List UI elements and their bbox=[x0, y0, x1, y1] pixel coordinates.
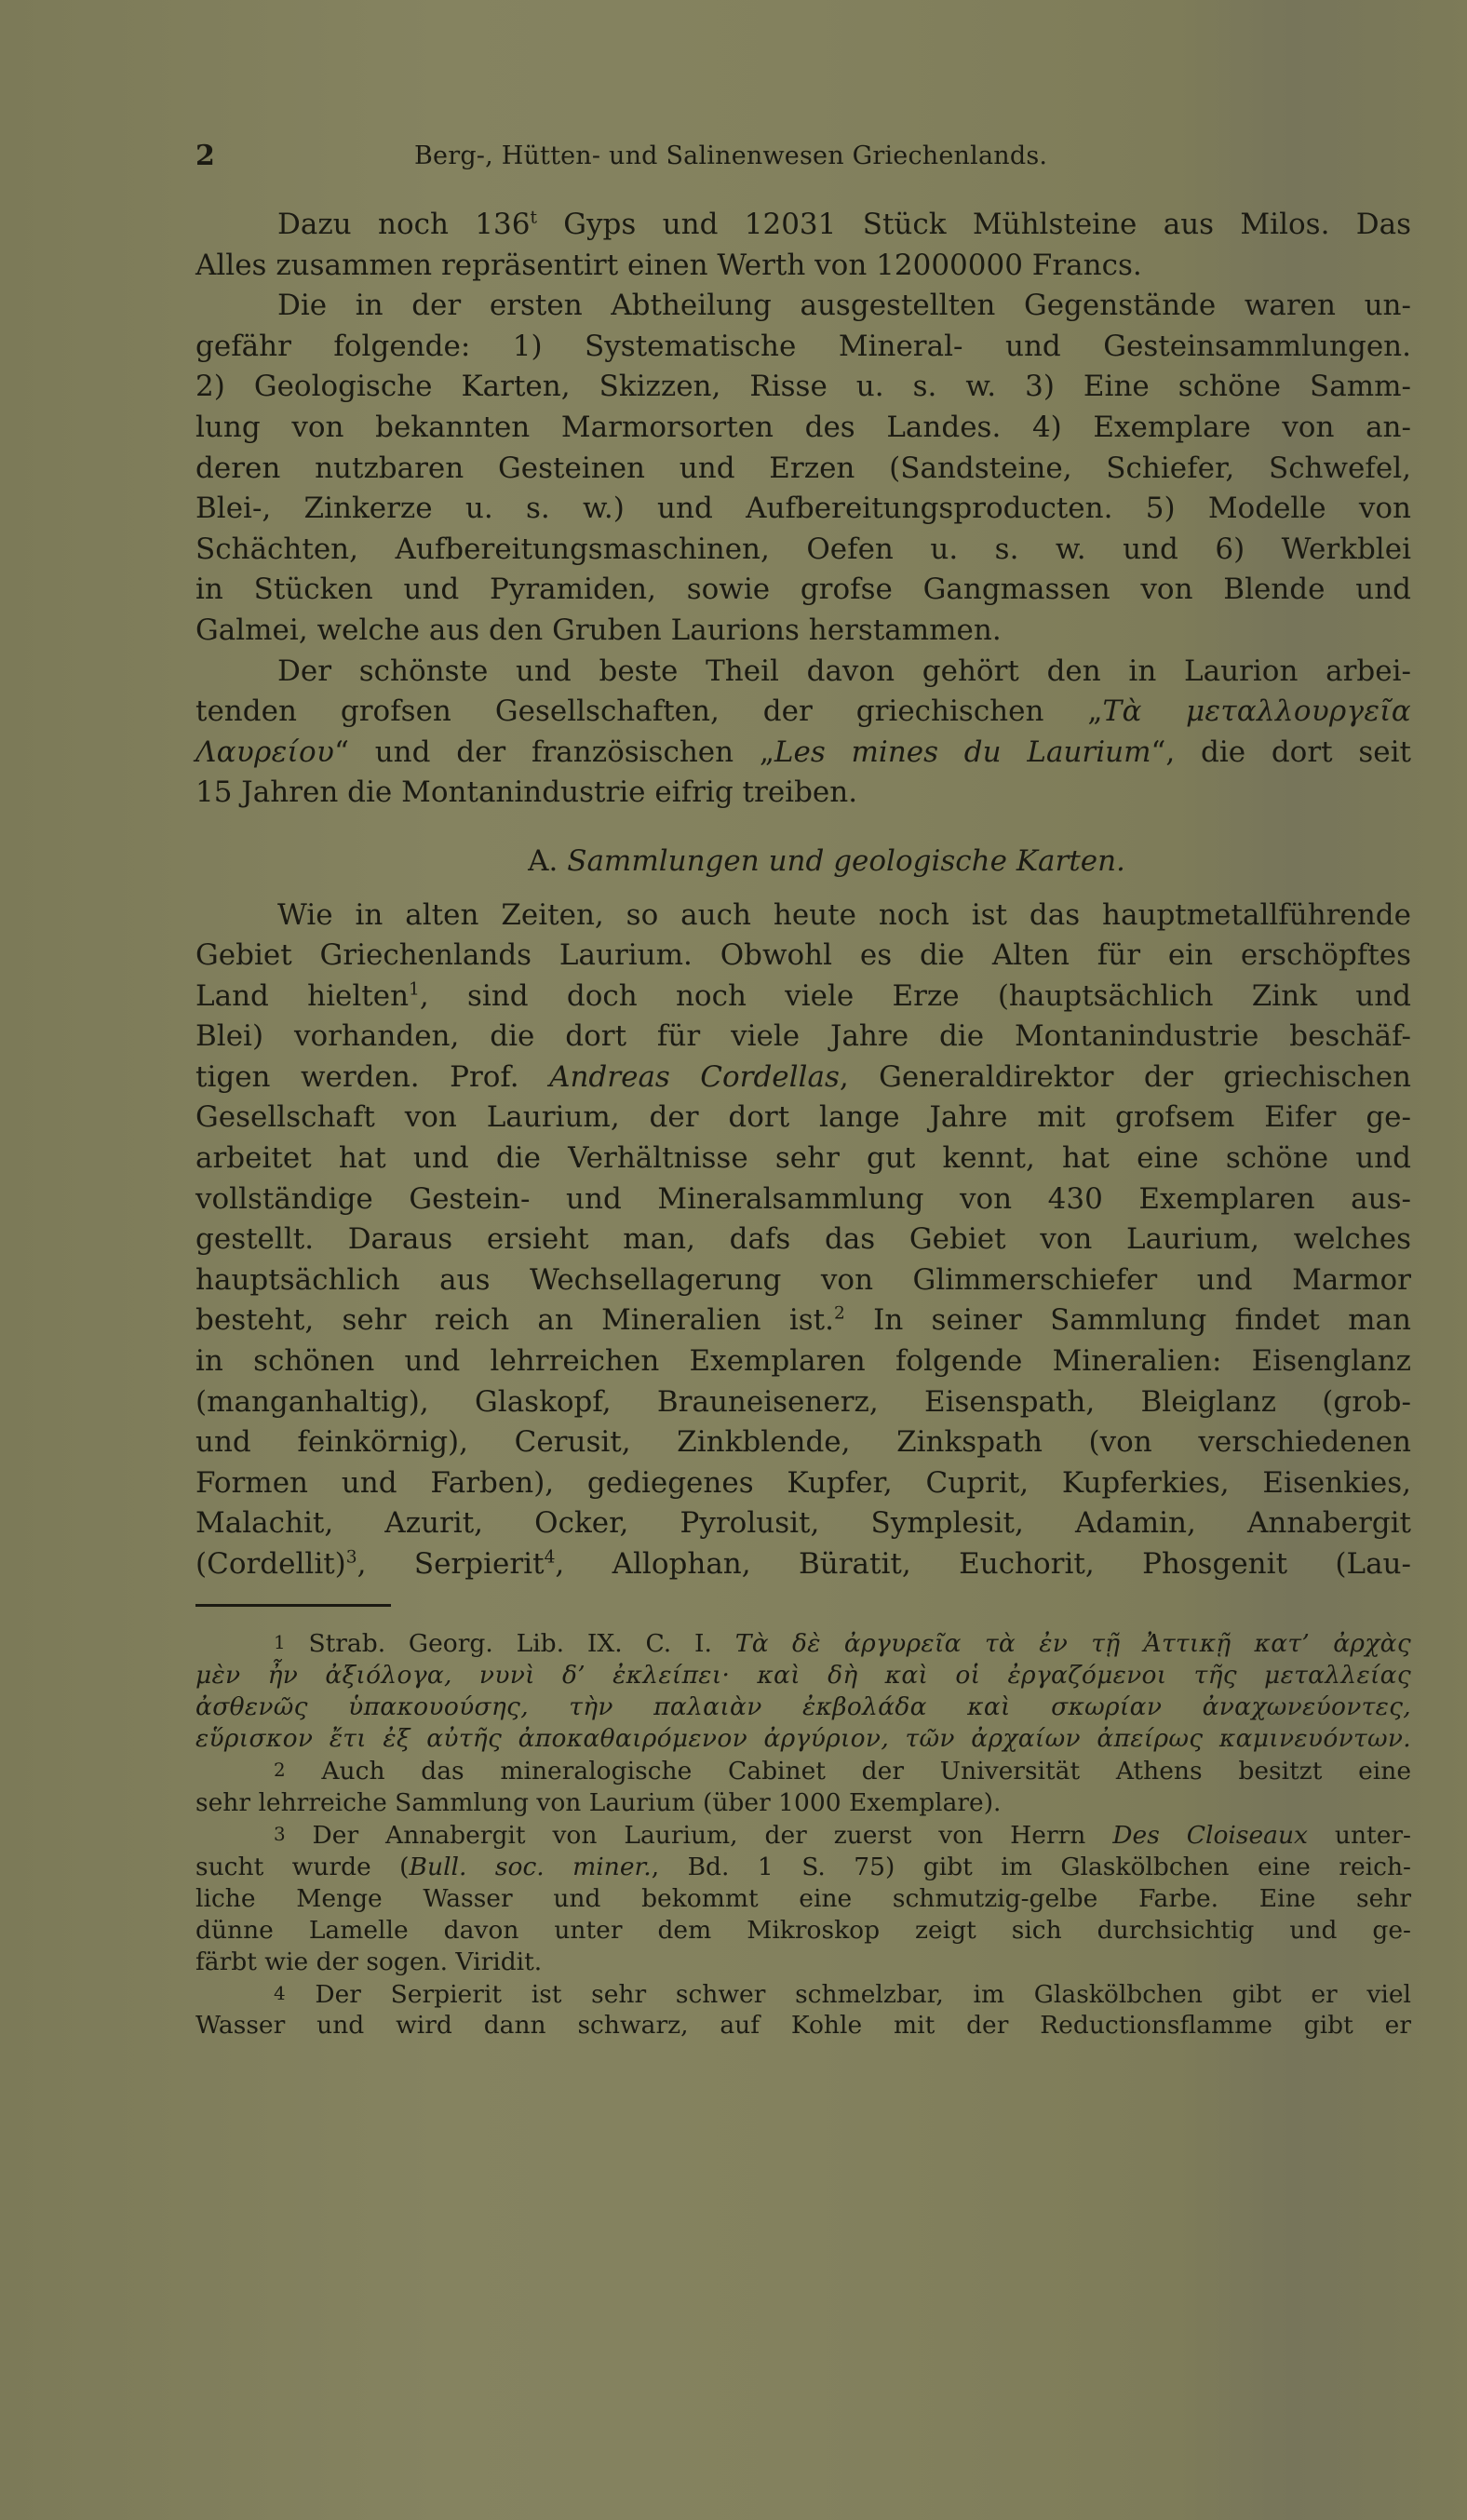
page-header: 2 Berg-, Hütten- und Salinenwesen Griech… bbox=[195, 140, 1411, 182]
text-line: Blei-, Zinkerze u. s. w.) und Aufbereitu… bbox=[195, 489, 1411, 530]
greek-company-name-cont: Λαυρείου bbox=[195, 735, 334, 769]
greek-company-name: Τὰ μεταλλουργεῖα bbox=[1102, 694, 1411, 728]
text-line: 15 Jahren die Montanindustrie eifrig tre… bbox=[195, 773, 1411, 814]
text-run: tenden grofsen Gesellschaften, der griec… bbox=[195, 694, 1102, 728]
text-line: Der schönste und beste Theil davon gehör… bbox=[195, 652, 1411, 693]
text-line: Gesellschaft von Laurium, der dort lange… bbox=[195, 1098, 1411, 1139]
text-line: in schönen und lehrreichen Exemplaren fo… bbox=[195, 1341, 1411, 1382]
text-line: Land hielten1, sind doch noch viele Erze… bbox=[195, 977, 1411, 1017]
text-line: 4 Der Serpierit ist sehr schwer schmelzb… bbox=[195, 1978, 1411, 2011]
text-line: 3 Der Annabergit von Laurium, der zuerst… bbox=[195, 1819, 1411, 1852]
text-run: , Bd. 1 S. 75) gibt im Glaskölbchen eine… bbox=[652, 1853, 1411, 1881]
text-line: Schächten, Aufbereitungsmaschinen, Oefen… bbox=[195, 530, 1411, 571]
journal-title: Bull. soc. miner. bbox=[410, 1853, 652, 1881]
text-run: , Generaldirektor der griechischen bbox=[840, 1060, 1411, 1094]
text-line: (Cordellit)3, Serpierit4, Allophan, Büra… bbox=[195, 1544, 1411, 1585]
text-line: arbeitet hat und die Verhältnisse sehr g… bbox=[195, 1139, 1411, 1179]
text-line: gefähr folgende: 1) Systematische Minera… bbox=[195, 327, 1411, 368]
person-name: Des Cloiseaux bbox=[1112, 1821, 1308, 1850]
text-line: und feinkörnig), Cerusit, Zinkblende, Zi… bbox=[195, 1422, 1411, 1463]
text-line: liche Menge Wasser und bekommt eine schm… bbox=[195, 1883, 1411, 1915]
citation: Strab. Georg. Lib. IX. C. I. bbox=[286, 1629, 735, 1658]
footnote-3: 3 Der Annabergit von Laurium, der zuerst… bbox=[195, 1819, 1411, 1978]
text-line: Galmei, welche aus den Gruben Laurions h… bbox=[195, 611, 1411, 652]
text-line: Λαυρείου“ und der französischen „Les min… bbox=[195, 733, 1411, 774]
greek-quote: Τὰ δὲ ἀργυρεῖα τὰ ἐν τῇ Ἀττικῇ κατ’ ἀρχὰ… bbox=[735, 1629, 1411, 1658]
text-line: gestellt. Daraus ersieht man, dafs das G… bbox=[195, 1220, 1411, 1260]
text-run: unter- bbox=[1308, 1821, 1411, 1850]
text-run: , Allophan, Büratit, Euchorit, Phosgenit… bbox=[555, 1547, 1411, 1581]
unit-superscript: t bbox=[530, 209, 536, 228]
text-run: Gyps und 12031 Stück Mühlsteine aus Milo… bbox=[537, 208, 1411, 241]
footnote-ref-3[interactable]: 3 bbox=[346, 1548, 357, 1568]
text-run: “, die dort seit bbox=[1151, 735, 1412, 769]
text-run: sucht wurde ( bbox=[195, 1853, 410, 1881]
person-name: Andreas Cordellas bbox=[549, 1060, 840, 1094]
text-line: 2) Geologische Karten, Skizzen, Risse u.… bbox=[195, 367, 1411, 408]
paragraph-1: Dazu noch 136t Gyps und 12031 Stück Mühl… bbox=[195, 205, 1411, 286]
section-title: Sammlungen und geologische Karten. bbox=[567, 844, 1125, 878]
footnote-separator bbox=[195, 1604, 391, 1607]
greek-quote-line: εὕρισκον ἔτι ἐξ αὐτῆς ἀποκαθαιρόμενον ἀρ… bbox=[195, 1723, 1411, 1755]
text-run: Dazu noch 136 bbox=[277, 208, 530, 241]
text-line: färbt wie der sogen. Viridit. bbox=[195, 1947, 1411, 1978]
text-run: “ und der französischen „ bbox=[334, 735, 774, 769]
text-line: hauptsächlich aus Wechsellagerung von Gl… bbox=[195, 1260, 1411, 1301]
text-run: Der Annabergit von Laurium, der zuerst v… bbox=[286, 1821, 1113, 1850]
footnote-2: 2 Auch das mineralogische Cabinet der Un… bbox=[195, 1755, 1411, 1819]
text-line: Blei) vorhanden, die dort für viele Jahr… bbox=[195, 1017, 1411, 1058]
paragraph-3: Der schönste und beste Theil davon gehör… bbox=[195, 652, 1411, 814]
text-run: Der Serpierit ist sehr schwer schmelzbar… bbox=[286, 1979, 1411, 2008]
text-line: (manganhaltig), Glaskopf, Brauneisenerz,… bbox=[195, 1382, 1411, 1423]
footnote-number: 2 bbox=[274, 1759, 286, 1781]
text-line: Alles zusammen repräsentirt einen Werth … bbox=[195, 246, 1411, 287]
footnote-4: 4 Der Serpierit ist sehr schwer schmelzb… bbox=[195, 1978, 1411, 2042]
paragraph-4: Wie in alten Zeiten, so auch heute noch … bbox=[195, 896, 1411, 1585]
main-text: Dazu noch 136t Gyps und 12031 Stück Mühl… bbox=[195, 205, 1411, 1585]
footnotes: 1 Strab. Georg. Lib. IX. C. I. Τὰ δὲ ἀργ… bbox=[195, 1627, 1411, 2042]
text-line: vollständige Gestein- und Mineralsammlun… bbox=[195, 1179, 1411, 1220]
text-run: Auch das mineralogische Cabinet der Univ… bbox=[286, 1757, 1411, 1786]
section-heading: A. Sammlungen und geologische Karten. bbox=[195, 842, 1411, 883]
text-line: 1 Strab. Georg. Lib. IX. C. I. Τὰ δὲ ἀργ… bbox=[195, 1627, 1411, 1660]
text-run: (Cordellit) bbox=[195, 1547, 346, 1581]
french-company-name: Les mines du Laurium bbox=[774, 735, 1151, 769]
text-line: lung von bekannten Marmorsorten des Land… bbox=[195, 408, 1411, 449]
text-line: tenden grofsen Gesellschaften, der griec… bbox=[195, 692, 1411, 733]
text-run: , sind doch noch viele Erze (hauptsächli… bbox=[420, 979, 1411, 1013]
footnote-ref-1[interactable]: 1 bbox=[409, 979, 420, 999]
text-run: tigen werden. Prof. bbox=[195, 1060, 549, 1094]
text-line: Formen und Farben), gediegenes Kupfer, C… bbox=[195, 1463, 1411, 1504]
text-line: deren nutzbaren Gesteinen und Erzen (San… bbox=[195, 449, 1411, 490]
footnote-1: 1 Strab. Georg. Lib. IX. C. I. Τὰ δὲ ἀργ… bbox=[195, 1627, 1411, 1755]
text-line: Die in der ersten Abtheilung ausgestellt… bbox=[195, 286, 1411, 327]
text-line: tigen werden. Prof. Andreas Cordellas, G… bbox=[195, 1058, 1411, 1098]
text-line: dünne Lamelle davon unter dem Mikroskop … bbox=[195, 1915, 1411, 1947]
text-run: In seiner Sammlung findet man bbox=[845, 1303, 1411, 1337]
text-run: besteht, sehr reich an Mineralien ist. bbox=[195, 1303, 834, 1337]
text-line: sucht wurde (Bull. soc. miner., Bd. 1 S.… bbox=[195, 1852, 1411, 1883]
text-line: in Stücken und Pyramiden, sowie grofse G… bbox=[195, 570, 1411, 611]
running-title: Berg-, Hütten- und Salinenwesen Griechen… bbox=[414, 141, 1047, 170]
footnote-number: 1 bbox=[274, 1632, 286, 1653]
paragraph-2: Die in der ersten Abtheilung ausgestellt… bbox=[195, 286, 1411, 651]
text-run: , Serpierit bbox=[357, 1547, 545, 1581]
text-run: Land hielten bbox=[195, 979, 409, 1013]
greek-quote-line: μὲν ἦν ἀξιόλογα, νυνὶ δ’ ἐκλείπει· καὶ δ… bbox=[195, 1660, 1411, 1691]
book-page: 2 Berg-, Hütten- und Salinenwesen Griech… bbox=[195, 140, 1411, 2042]
text-line: Wie in alten Zeiten, so auch heute noch … bbox=[195, 896, 1411, 937]
text-line: besteht, sehr reich an Mineralien ist.2 … bbox=[195, 1300, 1411, 1341]
text-line: Dazu noch 136t Gyps und 12031 Stück Mühl… bbox=[195, 205, 1411, 246]
section-letter: A. bbox=[528, 844, 558, 878]
text-line: Wasser und wird dann schwarz, auf Kohle … bbox=[195, 2010, 1411, 2042]
text-line: 2 Auch das mineralogische Cabinet der Un… bbox=[195, 1755, 1411, 1787]
footnote-number: 3 bbox=[274, 1824, 286, 1845]
footnote-ref-2[interactable]: 2 bbox=[834, 1304, 845, 1324]
page-number: 2 bbox=[195, 140, 215, 172]
greek-quote-line: ἀσθενῶς ὑπακουούσης, τὴν παλαιὰν ἐκβολάδ… bbox=[195, 1691, 1411, 1723]
footnote-number: 4 bbox=[274, 1983, 286, 2004]
footnote-ref-4[interactable]: 4 bbox=[545, 1548, 556, 1568]
text-line: Gebiet Griechenlands Laurium. Obwohl es … bbox=[195, 936, 1411, 977]
text-line: Malachit, Azurit, Ocker, Pyrolusit, Symp… bbox=[195, 1503, 1411, 1544]
text-line: sehr lehrreiche Sammlung von Laurium (üb… bbox=[195, 1787, 1411, 1819]
